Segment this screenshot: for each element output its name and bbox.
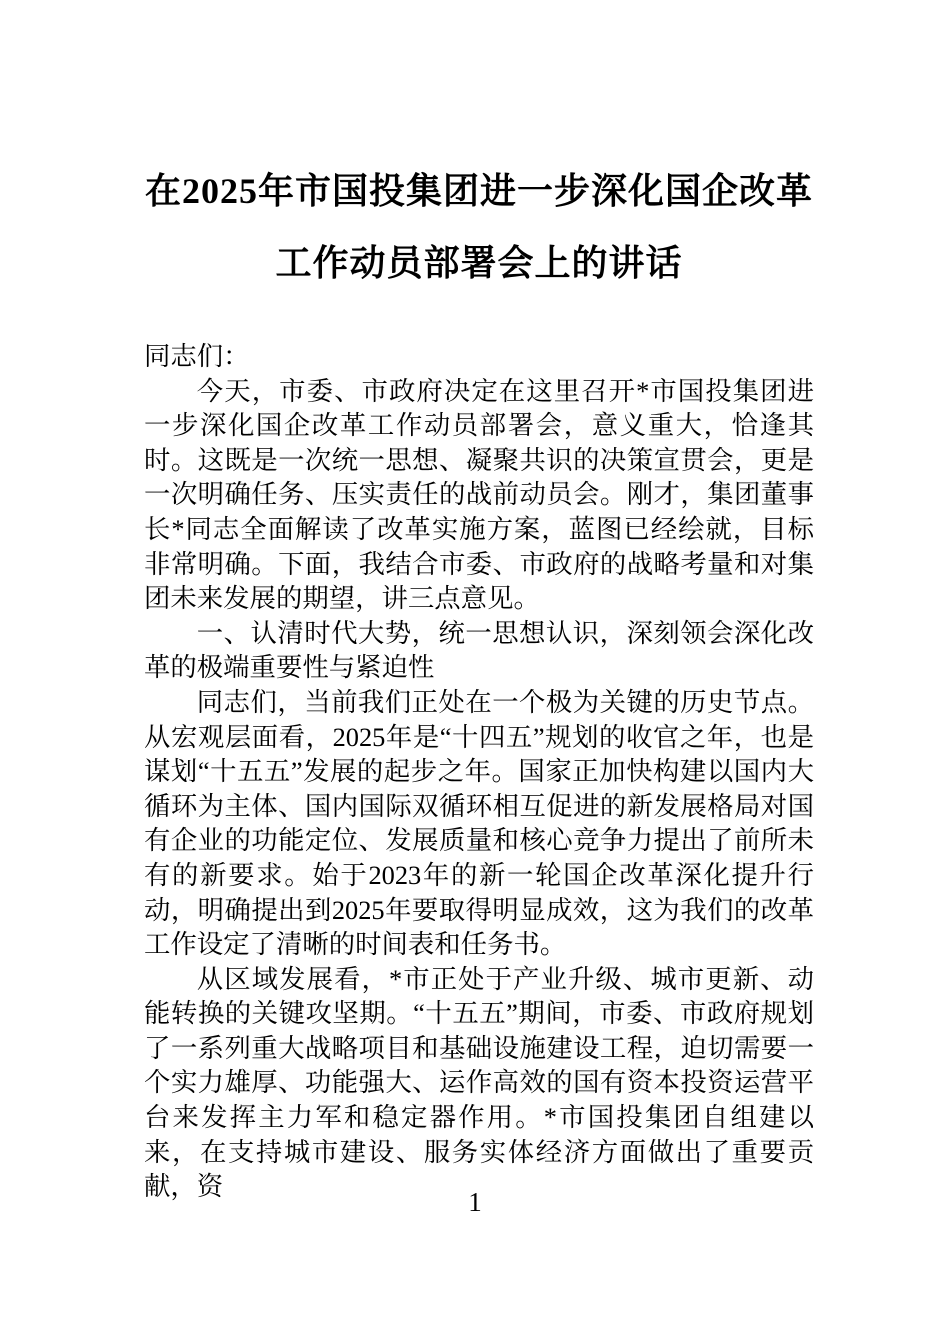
document-title: 在2025年市国投集团进一步深化国企改革 工作动员部署会上的讲话: [144, 155, 814, 299]
document-content: 在2025年市国投集团进一步深化国企改革 工作动员部署会上的讲话 同志们： 今天…: [144, 155, 814, 1204]
paragraph-regional-view: 从区域发展看，*市正处于产业升级、城市更新、动能转换的关键攻坚期。“十五五”期间…: [144, 962, 814, 1204]
title-line-2: 工作动员部署会上的讲话: [144, 227, 814, 299]
paragraph-macro-view: 同志们，当前我们正处在一个极为关键的历史节点。从宏观层面看，2025年是“十四五…: [144, 685, 814, 962]
document-body: 同志们： 今天，市委、市政府决定在这里召开*市国投集团进一步深化国企改革工作动员…: [144, 339, 814, 1204]
title-line-1: 在2025年市国投集团进一步深化国企改革: [144, 155, 814, 227]
document-page: 在2025年市国投集团进一步深化国企改革 工作动员部署会上的讲话 同志们： 今天…: [0, 0, 950, 1344]
page-number: 1: [0, 1186, 950, 1218]
paragraph-opening: 今天，市委、市政府决定在这里召开*市国投集团进一步深化国企改革工作动员部署会，意…: [144, 374, 814, 616]
salutation: 同志们：: [144, 339, 814, 374]
section-heading-1: 一、认清时代大势，统一思想认识，深刻领会深化改革的极端重要性与紧迫性: [144, 616, 814, 685]
